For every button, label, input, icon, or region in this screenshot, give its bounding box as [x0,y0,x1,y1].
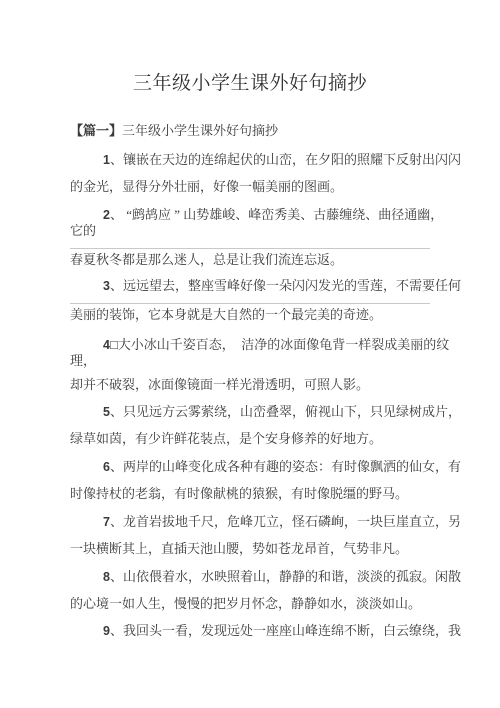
line-text: 、远远望去，整座雪峰好像一朵闪闪发光的雪莲，不需要任何 [110,278,461,293]
paragraph-number: 2 [103,208,110,222]
document-page: 三年级小学生课外好句摘抄 【篇一】三年级小学生课外好句摘抄 1、镶嵌在天边的连绵… [0,0,500,639]
text-line: 的心境一如人生，慢慢的把岁月怀念，静静如水，淡淡如山。 [70,596,430,611]
line-text: 时像持杖的老翁，有时像献桃的猿猴，有时像脱缰的野马。 [70,486,408,501]
text-line: 一块横断其上，直插天池山腰，势如苍龙昂首，气势非凡。 [70,541,430,556]
line-text: 理， [70,353,96,368]
text-line: 理， [70,353,430,368]
text-line: 美丽的装饰，它本身就是大自然的一个最完美的奇迹。 [70,303,430,322]
section-label: 【篇一】 [70,123,122,138]
text-line: 7、龙首岩拔地千尺，危峰兀立，怪石磷峋，一块巨崖直立，另 [70,514,430,530]
text-line: 的金光，显得分外壮丽，好像一幅美丽的图画。 [70,179,430,194]
paragraph-number: 3 [103,279,110,293]
paragraph-number: 4 [103,338,110,352]
text-line: 3、远远望去，整座雪峰好像一朵闪闪发光的雪莲，不需要任何 [70,278,430,294]
line-text: 的金光，显得分外壮丽，好像一幅美丽的图画。 [70,179,343,194]
text-line: 8、山依偎着水，水映照着山，静静的和谐，淡淡的孤寂。闲散 [70,569,430,585]
line-text: 一块横断其上，直插天池山腰，势如苍龙昂首，气势非凡。 [70,541,408,556]
line-text: 、 “鹧鸪应 ” 山势雄峻、峰峦秀美、古藤缠绕、曲径通幽， [110,207,443,222]
paragraph-number: 5 [103,405,110,419]
text-line: 5、只见远方云雾萦绕，山峦叠翠，俯视山下，只见绿树成片， [70,404,430,420]
line-text: □大小冰山千姿百态， 洁净的冰面像龟背一样裂成美丽的纹 [110,337,449,352]
line-text: 、只见远方云雾萦绕，山峦叠翠，俯视山下，只见绿树成片， [110,404,461,419]
line-text: 、我回头一看，发现远处一座座山峰连绵不断，白云缭绕，我 [110,623,461,638]
line-text: 美丽的装饰，它本身就是大自然的一个最完美的奇迹。 [70,307,382,322]
line-text: 春夏秋冬都是那么迷人，总是让我们流连忘返。 [70,252,343,267]
line-text: 、龙首岩拔地千尺，危峰兀立，怪石磷峋，一块巨崖直立，另 [110,514,461,529]
line-text: 绿草如茵，有少许鲜花装点，是个安身修养的好地方。 [70,431,382,446]
text-line: 时像持杖的老翁，有时像献桃的猿猴，有时像脱缰的野马。 [70,486,430,501]
paragraph-number: 8 [103,570,110,584]
line-text: 、两岸的山峰变化成各种有趣的姿态：有时像飘洒的仙女，有 [110,459,461,474]
text-line: 春夏秋冬都是那么迷人，总是让我们流连忘返。 [70,248,430,267]
text-line: 绿草如茵，有少许鲜花装点，是个安身修养的好地方。 [70,431,430,446]
paragraph-number: 1 [103,153,110,167]
line-text: 、山依偎着水，水映照着山，静静的和谐，淡淡的孤寂。闲散 [110,569,461,584]
text-line: 9、我回头一看，发现远处一座座山峰连绵不断，白云缭绕，我 [70,623,430,639]
line-text: 它的 [70,223,96,238]
text-line: 它的 [70,223,430,238]
line-text: 却并不破裂，冰面像镜面一样光滑透明，可照人影。 [70,377,369,392]
text-line: 却并不破裂，冰面像镜面一样光滑透明，可照人影。 [70,377,430,392]
text-line: 6、两岸的山峰变化成各种有趣的姿态：有时像飘洒的仙女，有 [70,459,430,475]
section-title: 三年级小学生课外好句摘抄 [122,123,278,138]
line-text: 的心境一如人生，慢慢的把岁月怀念，静静如水，淡淡如山。 [70,596,421,611]
page-title: 三年级小学生课外好句摘抄 [70,70,430,98]
paragraph-number: 7 [103,515,110,529]
line-text: 、镶嵌在天边的连绵起伏的山峦，在夕阳的照耀下反射出闪闪 [110,152,461,167]
paragraph-number: 9 [103,624,110,638]
text-line: 2、 “鹧鸪应 ” 山势雄峻、峰峦秀美、古藤缠绕、曲径通幽， [70,207,430,223]
section-heading: 【篇一】三年级小学生课外好句摘抄 [70,123,430,139]
text-line: 4□大小冰山千姿百态， 洁净的冰面像龟背一样裂成美丽的纹 [70,337,430,353]
paragraph-number: 6 [103,460,110,474]
text-line: 1、镶嵌在天边的连绵起伏的山峦，在夕阳的照耀下反射出闪闪 [70,152,430,168]
